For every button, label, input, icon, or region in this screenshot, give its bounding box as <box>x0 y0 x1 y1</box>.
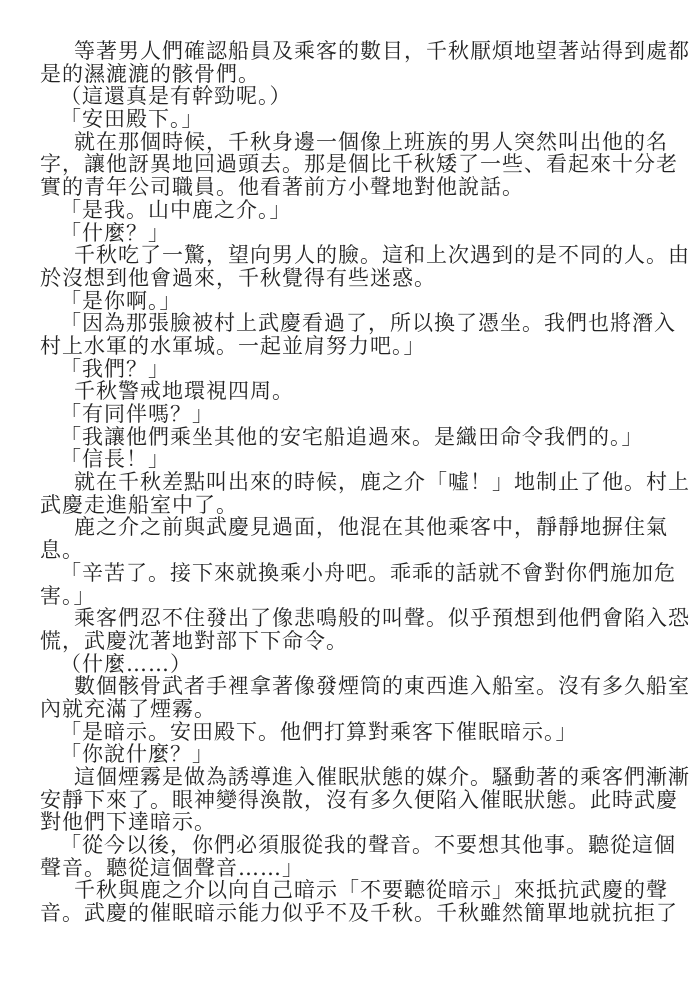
text-line: 「辛苦了。接下來就換乘小舟吧。乖乖的話就不會對你們施加危 <box>40 562 666 585</box>
text-line: 「我讓他們乘坐其他的安宅船追過來。是織田命令我們的。」 <box>40 426 666 449</box>
text-line: 內就充滿了煙霧。 <box>40 698 666 721</box>
novel-text-block: 等著男人們確認船員及乘客的數目，千秋厭煩地望著站得到處都是的濕漉漉的骸骨們。（這… <box>40 40 666 925</box>
text-line: 實的青年公司職員。他看著前方小聲地對他說話。 <box>40 176 666 199</box>
text-line: 於沒想到他會過來，千秋覺得有些迷惑。 <box>40 267 666 290</box>
text-line: 息。 <box>40 539 666 562</box>
text-line: 「信長！」 <box>40 448 666 471</box>
text-line: 「是暗示。安田殿下。他們打算對乘客下催眠暗示。」 <box>40 721 666 744</box>
text-line: 就在那個時候，千秋身邊一個像上班族的男人突然叫出他的名 <box>40 131 666 154</box>
text-line: （什麼……） <box>40 653 666 676</box>
text-line: 音。武慶的催眠暗示能力似乎不及千秋。千秋雖然簡單地就抗拒了 <box>40 902 666 925</box>
text-line: 聲音。聽從這個聲音……」 <box>40 857 666 880</box>
text-line: 武慶走進船室中了。 <box>40 494 666 517</box>
text-line: 數個骸骨武者手裡拿著像發煙筒的東西進入船室。沒有多久船室 <box>40 675 666 698</box>
text-line: 「我們？」 <box>40 358 666 381</box>
text-line: 「是我。山中鹿之介。」 <box>40 199 666 222</box>
text-line: 這個煙霧是做為誘導進入催眠狀態的媒介。騷動著的乘客們漸漸 <box>40 766 666 789</box>
novel-page: 等著男人們確認船員及乘客的數目，千秋厭煩地望著站得到處都是的濕漉漉的骸骨們。（這… <box>0 0 700 993</box>
text-line: 是的濕漉漉的骸骨們。 <box>40 63 666 86</box>
text-line: 乘客們忍不住發出了像悲鳴般的叫聲。似乎預想到他們會陷入恐 <box>40 607 666 630</box>
text-line: 「安田殿下。」 <box>40 108 666 131</box>
text-line: 等著男人們確認船員及乘客的數目，千秋厭煩地望著站得到處都 <box>40 40 666 63</box>
text-line: 「是你啊。」 <box>40 290 666 313</box>
text-line: 慌，武慶沈著地對部下下命令。 <box>40 630 666 653</box>
text-line: 千秋與鹿之介以向自己暗示「不要聽從暗示」來抵抗武慶的聲 <box>40 879 666 902</box>
text-line: 千秋吃了一驚，望向男人的臉。這和上次遇到的是不同的人。由 <box>40 244 666 267</box>
text-line: 字，讓他訝異地回過頭去。那是個比千秋矮了一些、看起來十分老 <box>40 153 666 176</box>
text-line: 「什麼？」 <box>40 222 666 245</box>
text-line: 「因為那張臉被村上武慶看過了，所以換了憑坐。我們也將潛入 <box>40 312 666 335</box>
text-line: 「從今以後，你們必須服從我的聲音。不要想其他事。聽從這個 <box>40 834 666 857</box>
text-line: 鹿之介之前與武慶見過面，他混在其他乘客中，靜靜地摒住氣 <box>40 516 666 539</box>
text-line: 「有同伴嗎？」 <box>40 403 666 426</box>
text-line: 村上水軍的水軍城。一起並肩努力吧。」 <box>40 335 666 358</box>
text-line: （這還真是有幹勁呢。） <box>40 85 666 108</box>
text-line: 就在千秋差點叫出來的時候，鹿之介「噓！」地制止了他。村上 <box>40 471 666 494</box>
text-line: 對他們下達暗示。 <box>40 811 666 834</box>
text-line: 「你說什麼？」 <box>40 743 666 766</box>
text-line: 安靜下來了。眼神變得渙散，沒有多久便陷入催眠狀態。此時武慶 <box>40 789 666 812</box>
text-line: 害。」 <box>40 585 666 608</box>
text-line: 千秋警戒地環視四周。 <box>40 380 666 403</box>
